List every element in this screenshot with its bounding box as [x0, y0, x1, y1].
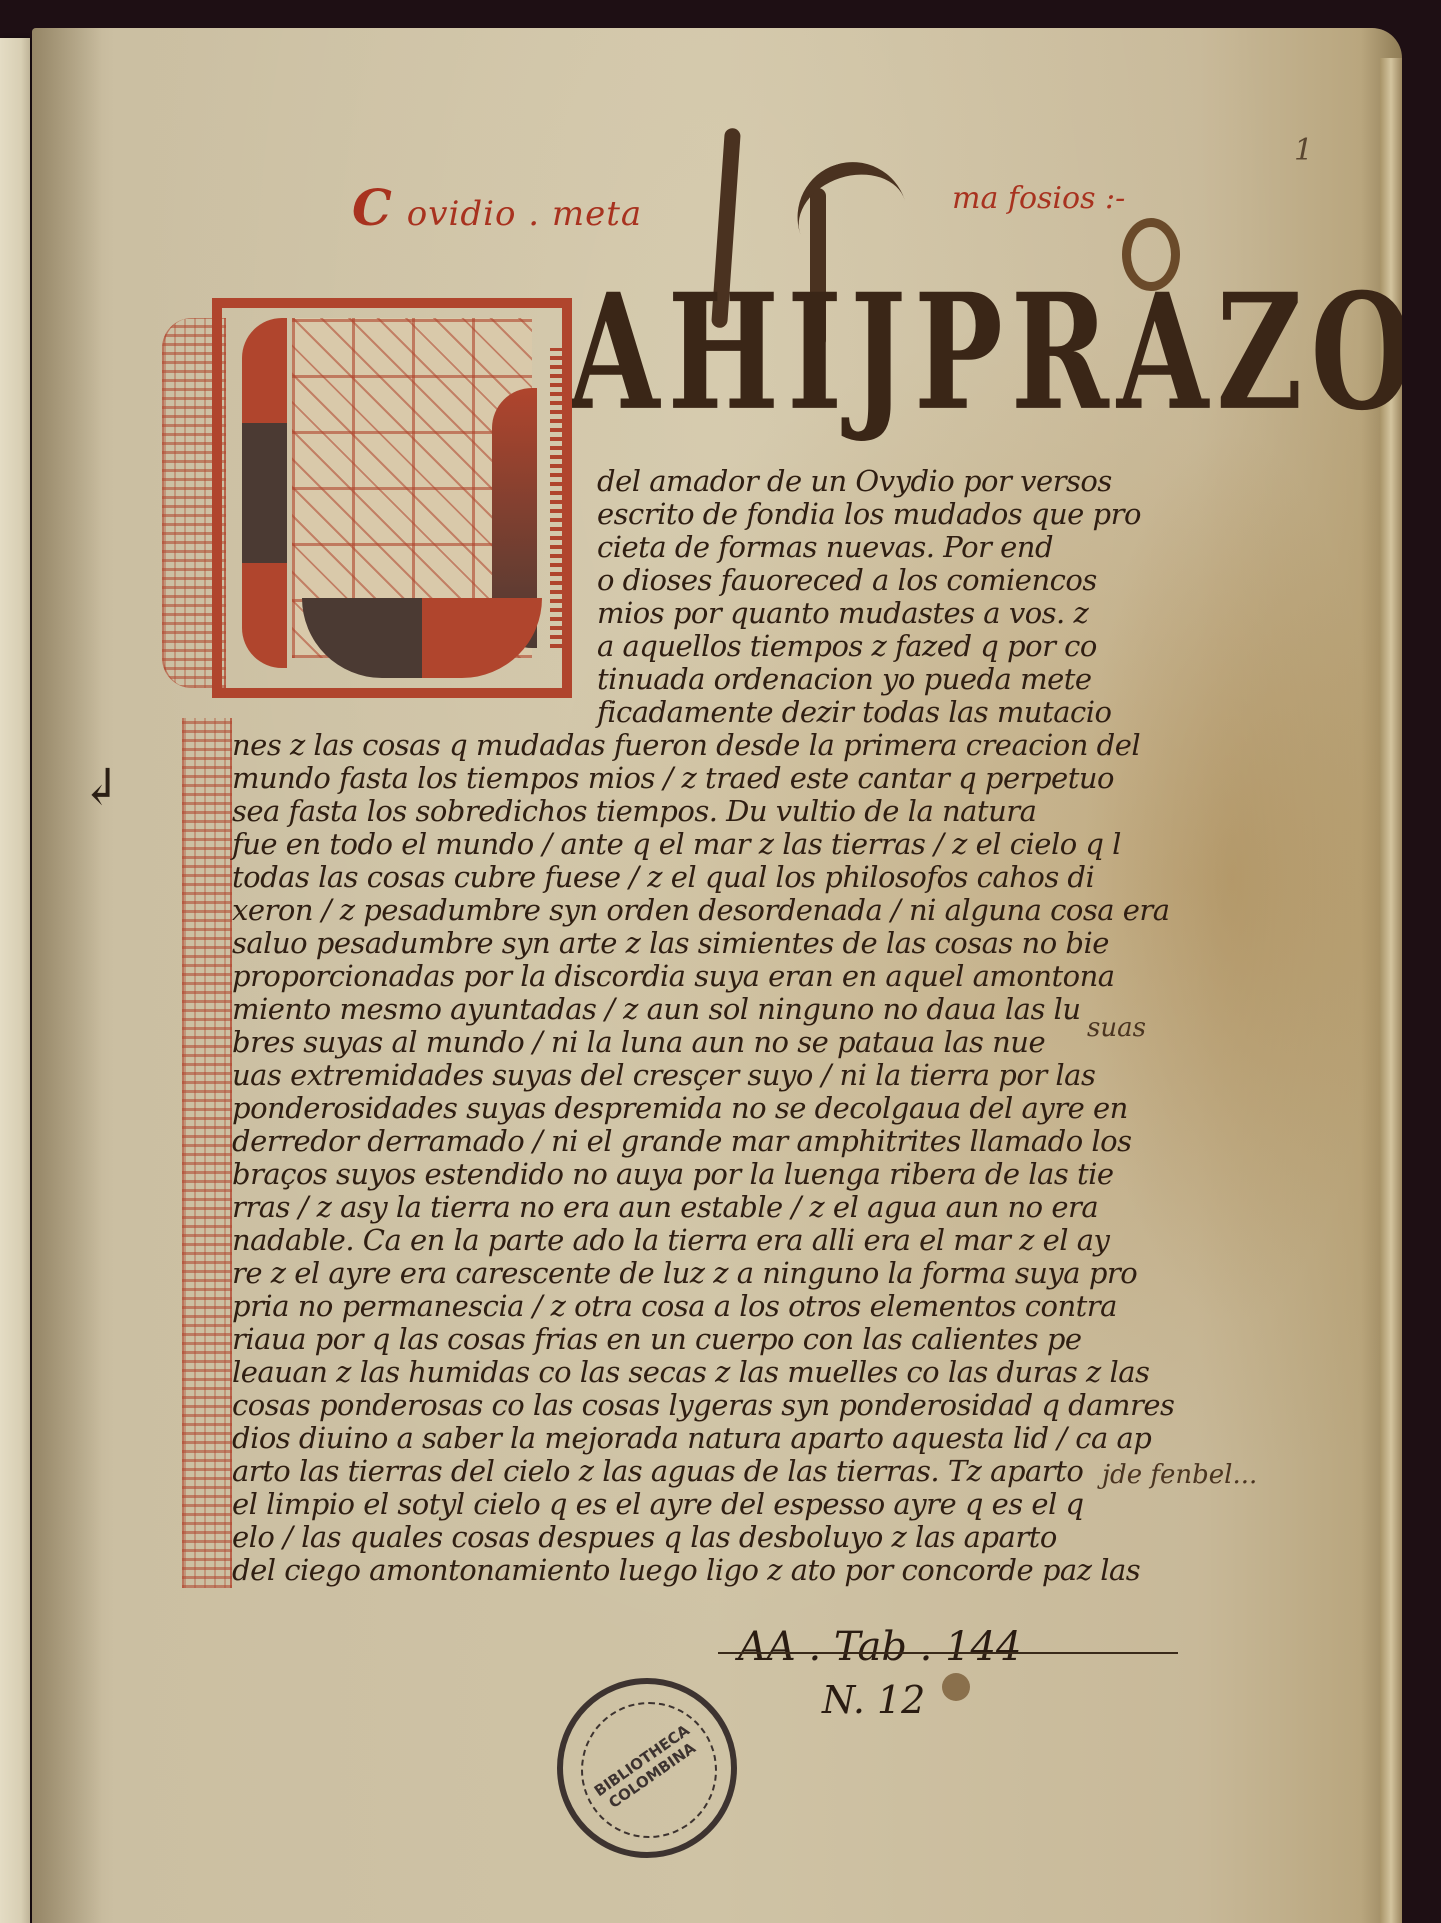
ink-spot [942, 1673, 970, 1701]
text-line: rras / z asy la tierra no era aun establ… [232, 1190, 1098, 1224]
text-line: ponderosidades suyas despremida no se de… [232, 1091, 1128, 1125]
text-line: tinuada ordenacion yo pueda mete [597, 662, 1092, 696]
marginal-note: suas [1087, 1013, 1146, 1043]
folio-number: 1 [1294, 133, 1313, 168]
rubric-text: ovidio . meta [407, 194, 642, 234]
water-stain [1082, 428, 1382, 1328]
library-stamp: BIBLIOTHECA COLOMBINA [557, 1678, 737, 1858]
flyleaf [0, 38, 30, 1923]
text-line: fue en todo el mundo / ante q el mar z l… [232, 827, 1121, 861]
text-line: leauan z las humidas co las secas z las … [232, 1355, 1149, 1389]
text-line: nes z las cosas q mudadas fueron desde l… [232, 728, 1140, 762]
manuscript-page: 1 Covidio . meta ma fosios :- AHIJPRAZO … [32, 28, 1402, 1923]
marginal-decoration [182, 718, 232, 1588]
shelfmark-line-1: AA . Tab . 144 [738, 1624, 1021, 1670]
shelfmark-text: AA . Tab . 144 [738, 1624, 1021, 1670]
text-line: mundo fasta los tiempos mios / z traed e… [232, 761, 1114, 795]
gutter-shadow [32, 28, 102, 1923]
text-line: del ciego amontonamiento luego ligo z at… [232, 1553, 1140, 1587]
text-line: el limpio el sotyl cielo q es el ayre de… [232, 1487, 1084, 1521]
shelfmark-rule [718, 1652, 1178, 1654]
text-line: escrito de fondia los mudados que pro [597, 497, 1141, 531]
text-line: arto las tierras del cielo z las aguas d… [232, 1454, 1083, 1488]
text-line: riaua por q las cosas frias en un cuerpo… [232, 1322, 1082, 1356]
bracket-mark: ↲ [80, 758, 122, 816]
text-line: ficadamente dezir todas las mutacio [597, 695, 1111, 729]
display-title: AHIJPRAZO [568, 258, 1402, 446]
text-line: bres suyas al mundo / ni la luna aun no … [232, 1025, 1045, 1059]
text-line: miento mesmo ayuntadas / z aun sol ningu… [232, 992, 1081, 1026]
text-line: nadable. Ca en la parte ado la tierra er… [232, 1223, 1109, 1257]
initial-frieze [550, 348, 564, 648]
stamp-text: BIBLIOTHECA COLOMBINA [530, 1651, 764, 1885]
text-line: dios diuino a saber la mejorada natura a… [232, 1421, 1151, 1455]
text-line: mios por quanto mudastes a vos. z [597, 596, 1088, 630]
marginal-note: jde fenbel... [1102, 1460, 1257, 1490]
text-line: cosas ponderosas co las cosas lygeras sy… [232, 1388, 1174, 1422]
text-line: proporcionadas por la discordia suya era… [232, 959, 1115, 993]
illuminated-initial [212, 298, 572, 698]
text-line: xeron / z pesadumbre syn orden desordena… [232, 893, 1170, 927]
text-line: uas extremidades suyas del cresçer suyo … [232, 1058, 1095, 1092]
text-line: pria no permanescia / z otra cosa a los … [232, 1289, 1117, 1323]
text-line: derredor derramado / ni el grande mar am… [232, 1124, 1132, 1158]
text-line: saluo pesadumbre syn arte z las simiente… [232, 926, 1109, 960]
rubric-heading: Covidio . meta [352, 178, 642, 237]
text-line: o dioses fauoreced a los comiencos [597, 563, 1097, 597]
text-line: cieta de formas nuevas. Por end [597, 530, 1053, 564]
text-line: braços suyos estendido no auya por la lu… [232, 1157, 1114, 1191]
text-line: del amador de un Ovydio por versos [597, 464, 1112, 498]
rubric-capital: C [352, 178, 393, 237]
calligraphic-flourish [783, 148, 910, 252]
text-line: re z el ayre era carescente de luz z a n… [232, 1256, 1137, 1290]
shelfmark-line-2: N. 12 [822, 1678, 925, 1722]
initial-stem [242, 318, 287, 668]
text-line: sea fasta los sobredichos tiempos. Du vu… [232, 794, 1036, 828]
text-line: elo / las quales cosas despues q las des… [232, 1520, 1057, 1554]
text-line: a aquellos tiempos z fazed q por co [597, 629, 1097, 663]
text-line: todas las cosas cubre fuese / z el qual … [232, 860, 1094, 894]
rubric-text-end: ma fosios :- [952, 181, 1125, 216]
